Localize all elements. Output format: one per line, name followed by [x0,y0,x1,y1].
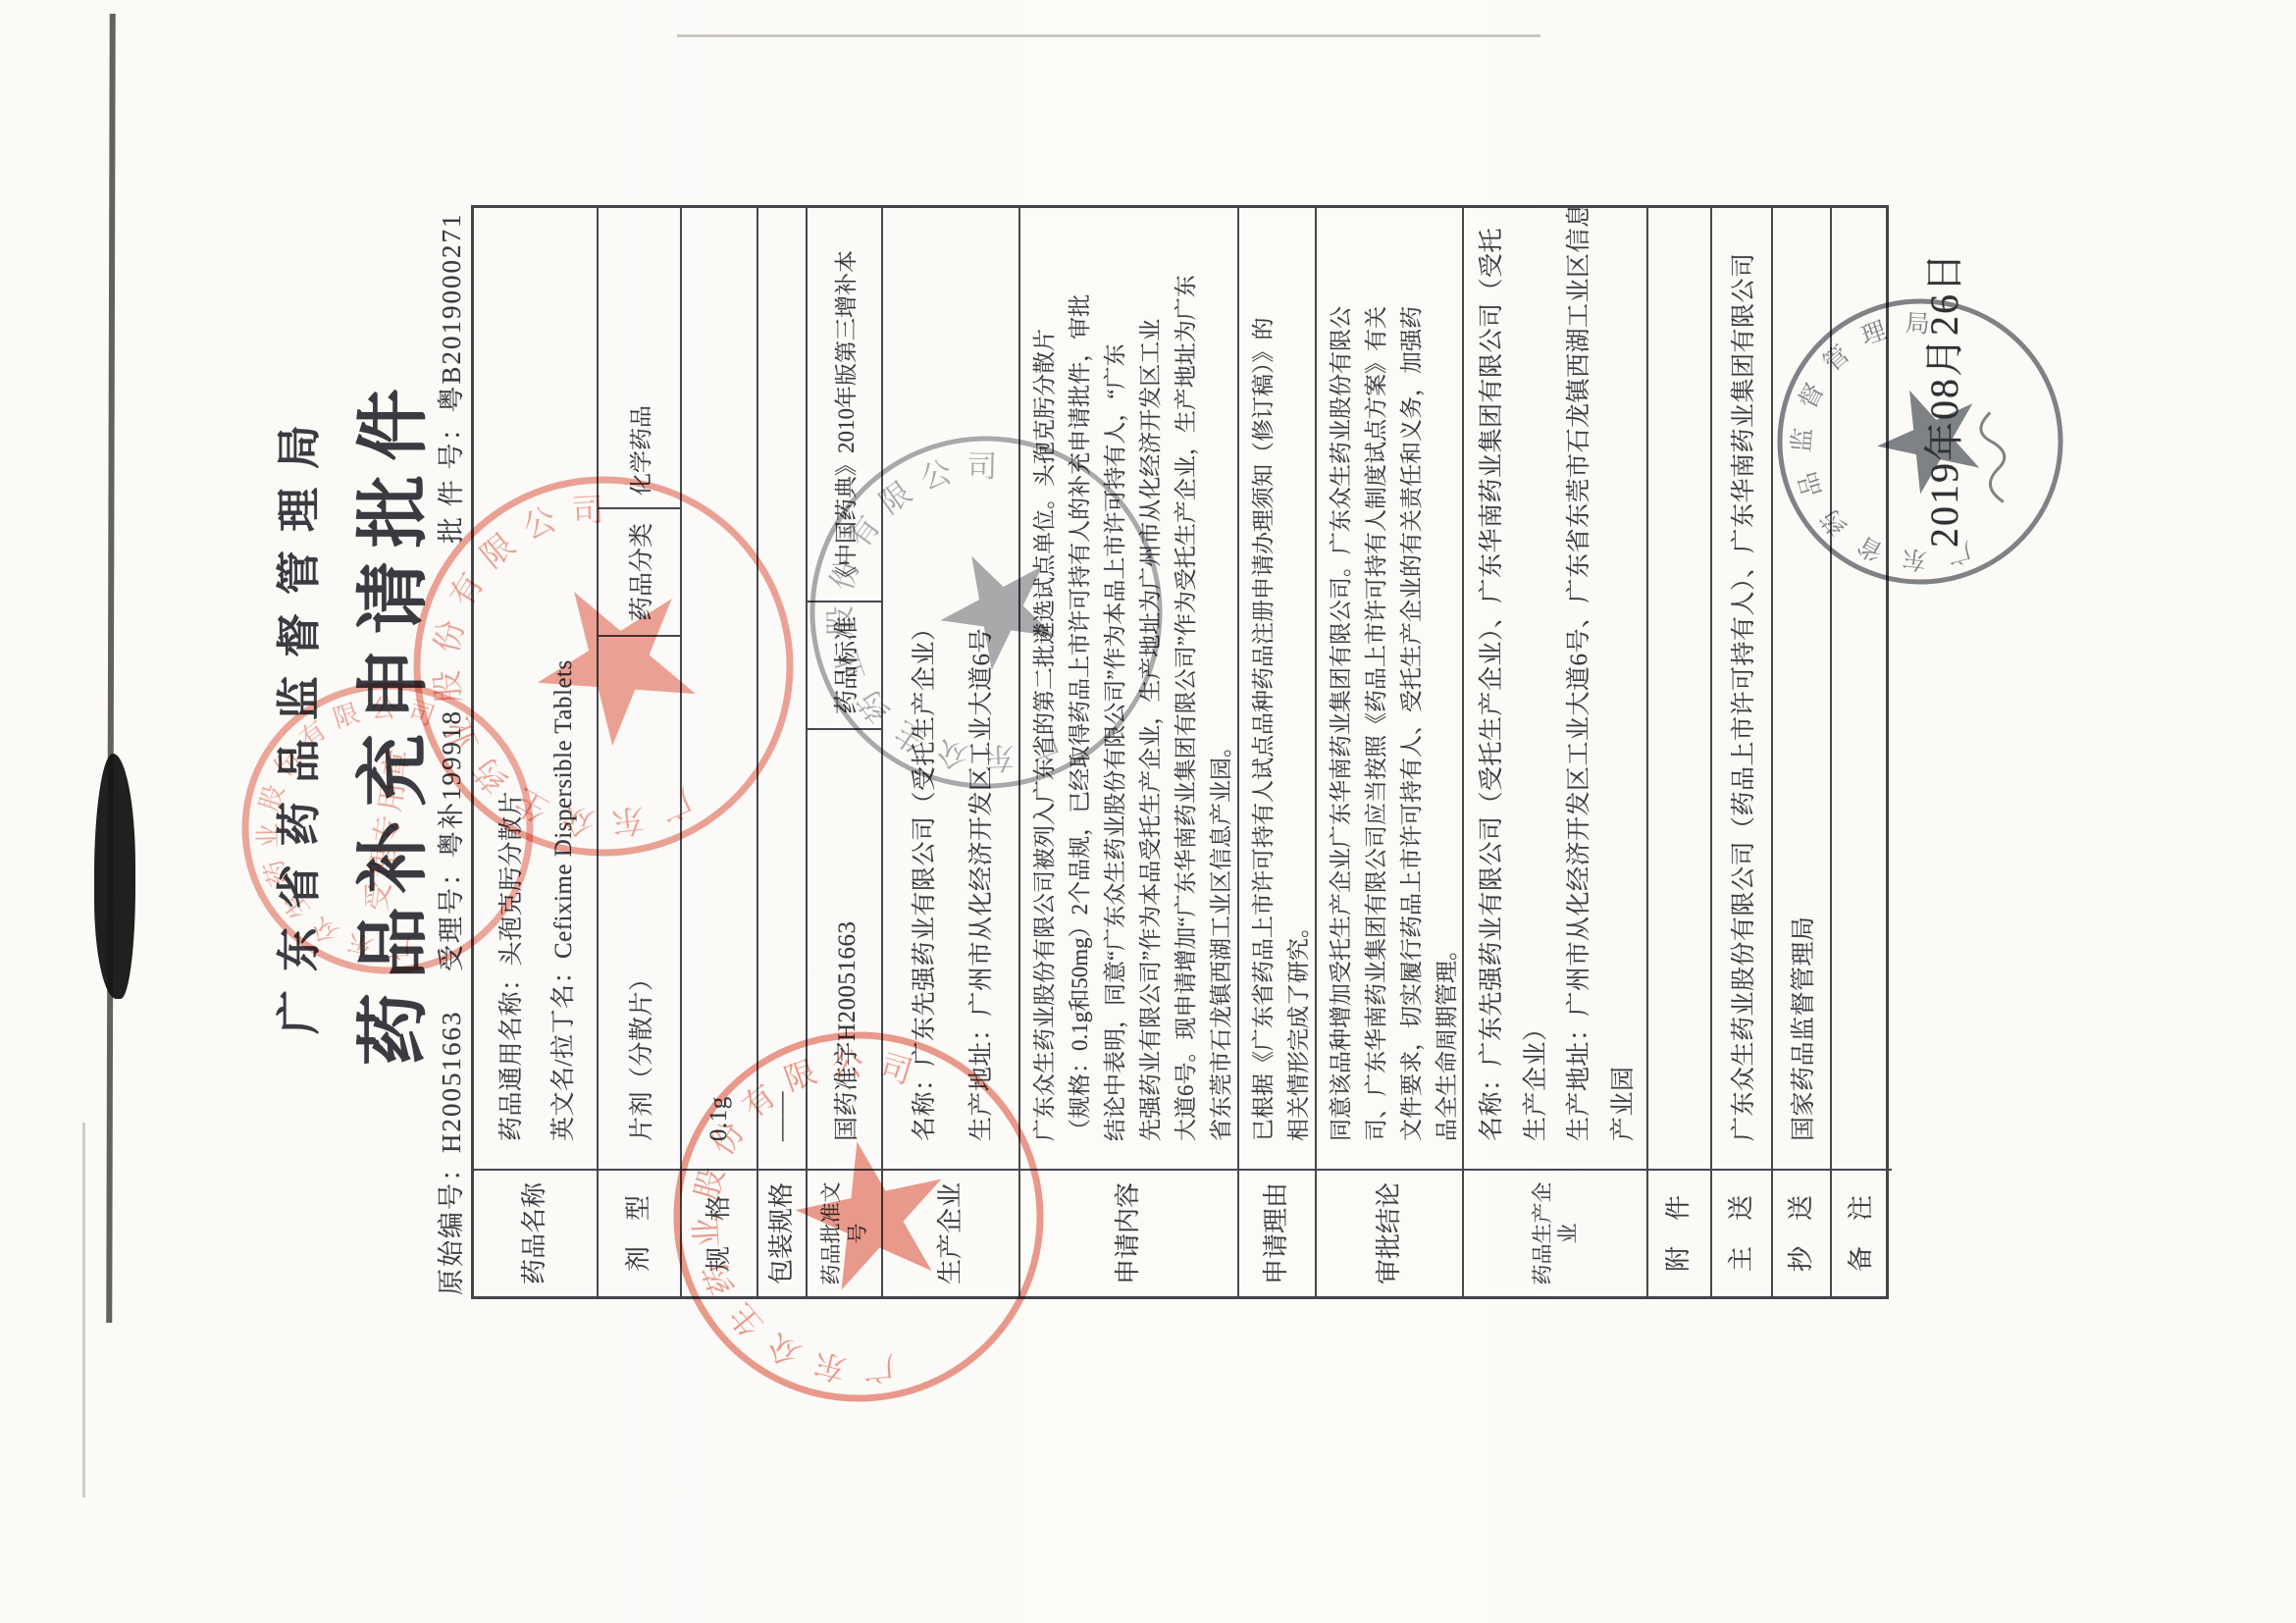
content-line: 已根据《广东省药品上市许可持有人试点品种药品注册申请办理须知（修订稿）》的 [1246,208,1281,1141]
row-content: 名称：广东先强药业有限公司（受托生产企业）、广东华南药业集团有限公司（受托生产企… [1464,208,1646,1167]
row-label: 申请理由 [1239,1169,1315,1296]
content-line: 名称：广东先强药业有限公司（受托生产企业）、广东华南药业集团有限公司（受托 [1472,208,1507,1141]
row-label: 药品名称 [474,1169,597,1296]
row-content: 已根据《广东省药品上市许可持有人试点品种药品注册申请办理须知（修订稿）》的相关情… [1239,208,1315,1167]
scan-edge-artifact [106,14,115,1323]
table-row: 附 件 [1646,208,1710,1296]
red-company-stamp: 广东众生药业股份有限公司 [629,987,1088,1446]
paper-edge-line [677,34,1540,37]
content-line: 司、广东华南药业集团有限公司应当按照《药品上市许可持有人制度试点方案》有关 [1359,208,1394,1141]
table-row: 药品生产企业名称：广东先强药业有限公司（受托生产企业）、广东华南药业集团有限公司… [1462,208,1646,1296]
content-line: 品全生命周期管理。 [1430,208,1462,1141]
company-seal: 广东众生药业股份有限公司 [754,380,1220,846]
content-line: 生产企业） [1516,208,1551,1141]
row-content [1648,208,1710,1167]
scan-blob-artifact [94,754,135,999]
seal-date: 2019年08月26日 [1913,251,1969,548]
star-icon [788,1136,945,1299]
row-label: 药品生产企业 [1464,1169,1646,1296]
row-label: 备 注 [1832,1169,1892,1296]
row-label: 抄 送 [1773,1169,1830,1296]
paper-corner-line [82,1123,85,1497]
table-row: 审批结论同意该品种增加受托生产企业广东华南药业集团有限公司。广东众生药业股份有限… [1315,208,1462,1296]
star-icon [930,545,1059,678]
star-icon [518,569,703,759]
row-content: 同意该品种增加受托生产企业广东华南药业集团有限公司。广东众生药业股份有限公司、广… [1317,208,1462,1167]
document-page: 原始编号：H20051663 受理号：粤补199918 批 件 号：粤B2019… [0,0,2296,1623]
row-label: 审批结论 [1317,1169,1462,1296]
content-line: 省东莞市石龙镇西湖工业区信息产业园。 [1204,208,1237,1141]
content-line: 同意该品种增加受托生产企业广东华南药业集团有限公司。广东众生药业股份有限公 [1324,208,1359,1141]
content-line: 文件要求，切实履行药品上市许可持有人、受托生产企业的有关责任和义务，加强药 [1394,208,1430,1141]
table-row: 申请理由已根据《广东省药品上市许可持有人试点品种药品注册申请办理须知（修订稿）》… [1237,208,1315,1296]
content-line: 相关情形完成了研究。 [1281,208,1315,1141]
content-line: 生产地址：广州市从化经济开发区工业大道6号、广东省东莞市石龙镇西湖工业区信息 [1559,208,1594,1141]
content-line: 产业园 [1603,208,1639,1141]
row-label: 附 件 [1648,1169,1710,1296]
seal-inner-text: 受理专用章 [360,744,415,914]
row-label: 主 送 [1712,1169,1771,1296]
seal-signature-squiggle [1979,411,2009,503]
scanned-approval-document: 原始编号：H20051663 受理号：粤补199918 批 件 号：粤B2019… [0,0,2296,1623]
